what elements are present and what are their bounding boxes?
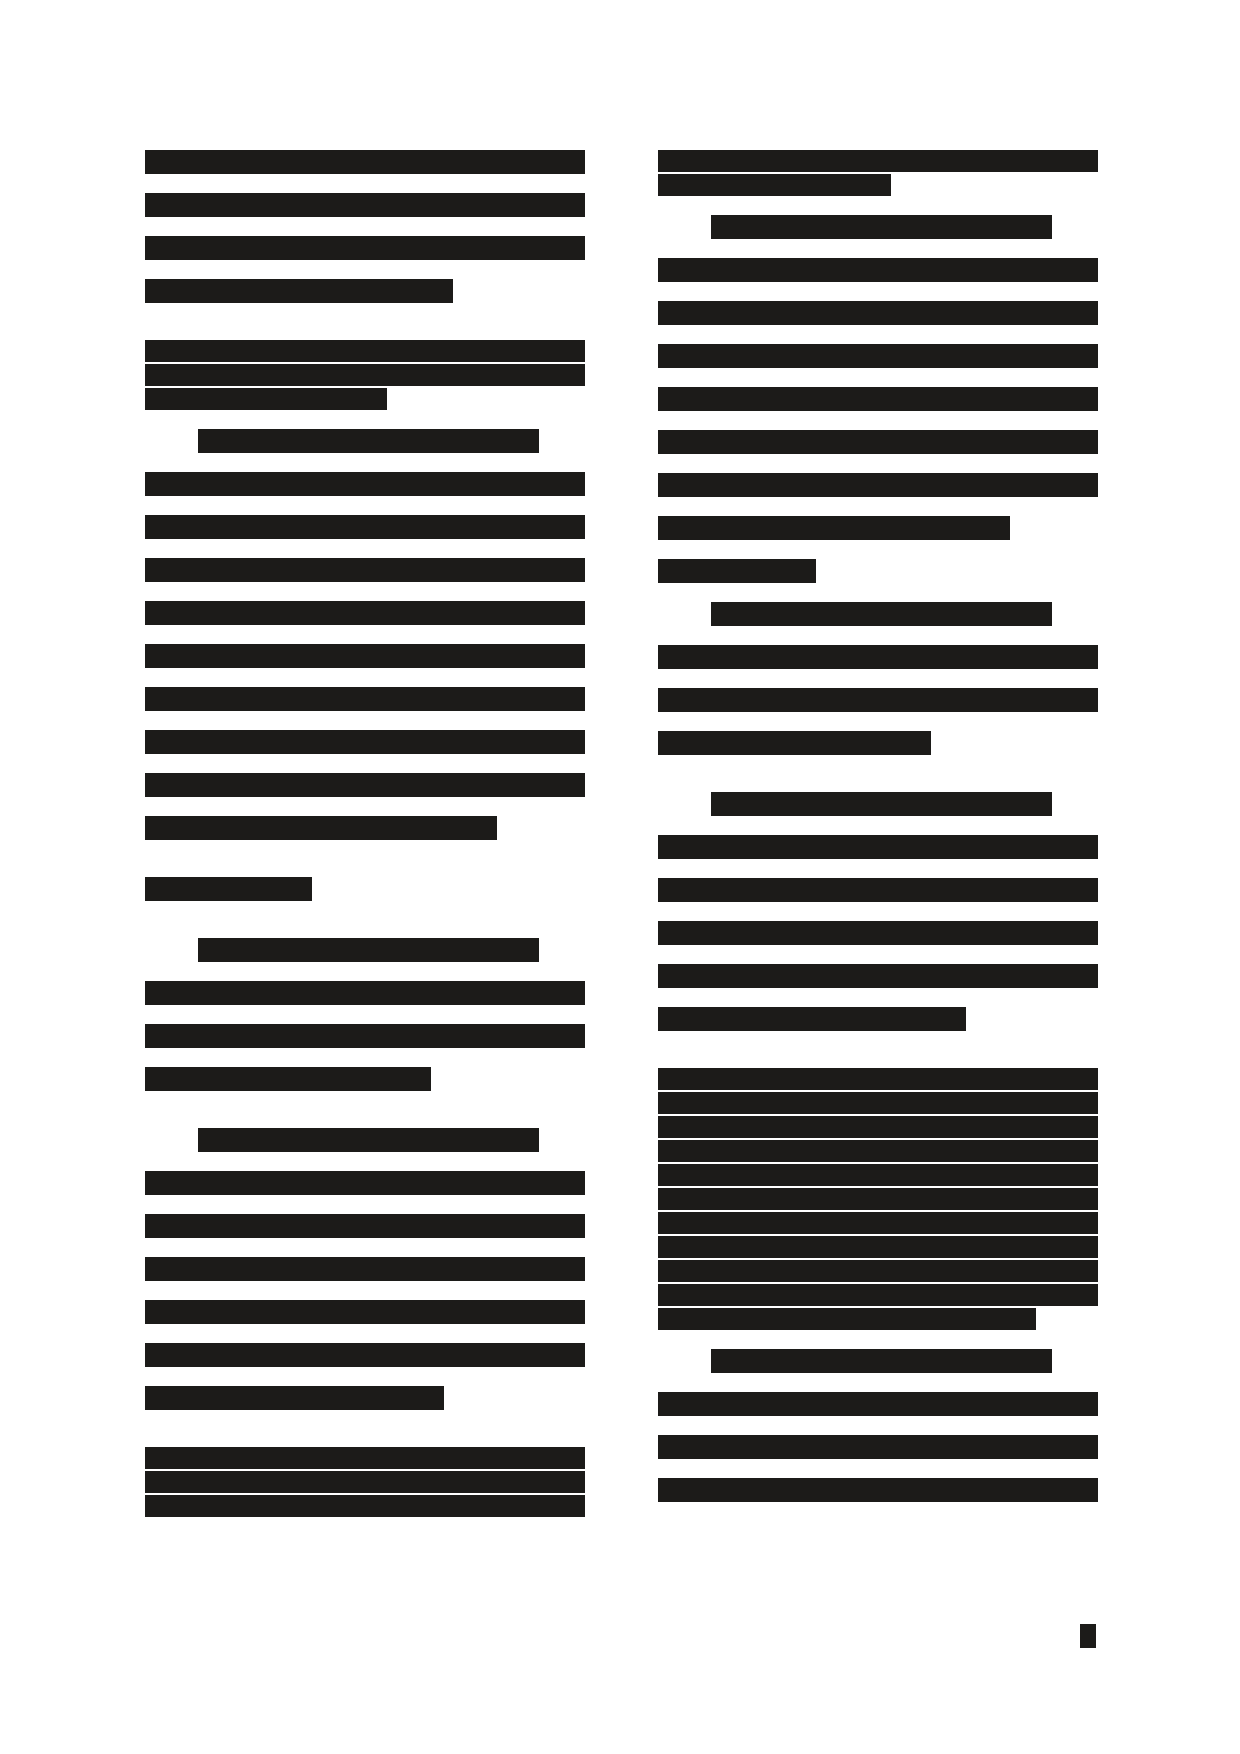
right-column	[658, 150, 1098, 1521]
text-line-redacted	[658, 1092, 1098, 1114]
page-number-redacted	[1080, 1624, 1096, 1648]
text-line-redacted	[658, 731, 931, 755]
text-line-redacted	[145, 472, 585, 496]
text-line-redacted	[145, 364, 585, 386]
text-line-redacted	[658, 645, 1098, 669]
text-line-redacted	[145, 1171, 585, 1195]
text-line-redacted	[711, 792, 1052, 816]
section-heading-redacted	[658, 559, 816, 583]
text-line-redacted	[658, 688, 1098, 712]
paragraph-redacted	[145, 1128, 585, 1410]
paragraph-redacted	[658, 792, 1098, 1031]
text-line-redacted	[658, 150, 1098, 172]
section-heading-redacted	[145, 877, 312, 901]
text-line-redacted	[658, 473, 1098, 497]
text-line-redacted	[658, 174, 891, 196]
paragraph-redacted	[658, 1068, 1098, 1349]
text-line-redacted	[658, 1236, 1098, 1258]
paragraph-redacted	[658, 1349, 1098, 1502]
text-line-redacted	[658, 1308, 1036, 1330]
text-line-redacted	[198, 1128, 539, 1152]
text-line-redacted	[145, 1024, 585, 1048]
paragraph-gap	[145, 920, 585, 938]
paragraph-gap	[145, 1110, 585, 1128]
text-line-redacted	[198, 429, 539, 453]
text-line-redacted	[658, 344, 1098, 368]
text-line-redacted	[145, 773, 585, 797]
text-line-redacted	[145, 1067, 431, 1091]
text-line-redacted	[145, 236, 585, 260]
text-line-redacted	[145, 193, 585, 217]
text-line-redacted	[145, 340, 585, 362]
text-line-redacted	[145, 515, 585, 539]
text-line-redacted	[658, 1212, 1098, 1234]
text-line-redacted	[145, 1471, 585, 1493]
text-line-redacted	[658, 1140, 1098, 1162]
text-line-redacted	[711, 602, 1052, 626]
text-line-redacted	[658, 1478, 1098, 1502]
text-line-redacted	[145, 1343, 585, 1367]
text-line-redacted	[145, 1495, 585, 1517]
text-line-redacted	[145, 150, 585, 174]
text-line-redacted	[145, 279, 453, 303]
paragraph-gap	[145, 1429, 585, 1447]
left-column	[145, 150, 585, 1536]
text-line-redacted	[658, 964, 1098, 988]
paragraph-redacted	[145, 429, 585, 840]
paragraph-gap	[658, 774, 1098, 792]
text-line-redacted	[711, 215, 1052, 239]
paragraph-redacted	[658, 215, 1098, 540]
text-line-redacted	[658, 1188, 1098, 1210]
text-line-redacted	[145, 1257, 585, 1281]
text-line-redacted	[145, 1300, 585, 1324]
paragraph-redacted	[658, 150, 1098, 215]
text-line-redacted	[658, 1392, 1098, 1416]
text-line-redacted	[658, 301, 1098, 325]
text-line-redacted	[658, 430, 1098, 454]
paragraph-redacted	[145, 938, 585, 1091]
text-line-redacted	[145, 388, 387, 410]
text-line-redacted	[658, 1284, 1098, 1306]
paragraph-gap	[145, 322, 585, 340]
paragraph-redacted	[145, 340, 585, 429]
text-line-redacted	[145, 1447, 585, 1469]
text-line-redacted	[658, 1164, 1098, 1186]
text-line-redacted	[658, 1007, 966, 1031]
text-line-redacted	[658, 1435, 1098, 1459]
text-line-redacted	[145, 687, 585, 711]
text-line-redacted	[658, 1116, 1098, 1138]
text-line-redacted	[658, 516, 1010, 540]
text-line-redacted	[658, 921, 1098, 945]
paragraph-redacted	[145, 1447, 585, 1536]
text-line-redacted	[145, 558, 585, 582]
text-line-redacted	[658, 1068, 1098, 1090]
text-line-redacted	[145, 730, 585, 754]
text-line-redacted	[198, 938, 539, 962]
text-line-redacted	[658, 387, 1098, 411]
text-line-redacted	[145, 1386, 444, 1410]
text-line-redacted	[711, 1349, 1052, 1373]
text-line-redacted	[658, 1260, 1098, 1282]
text-line-redacted	[145, 816, 497, 840]
paragraph-gap	[145, 859, 585, 877]
text-line-redacted	[145, 1214, 585, 1238]
paragraph-gap	[658, 1050, 1098, 1068]
text-line-redacted	[145, 644, 585, 668]
text-line-redacted	[145, 981, 585, 1005]
text-line-redacted	[145, 601, 585, 625]
paragraph-redacted	[658, 602, 1098, 755]
text-line-redacted	[658, 878, 1098, 902]
paragraph-redacted	[145, 150, 585, 303]
text-line-redacted	[658, 258, 1098, 282]
text-line-redacted	[658, 835, 1098, 859]
